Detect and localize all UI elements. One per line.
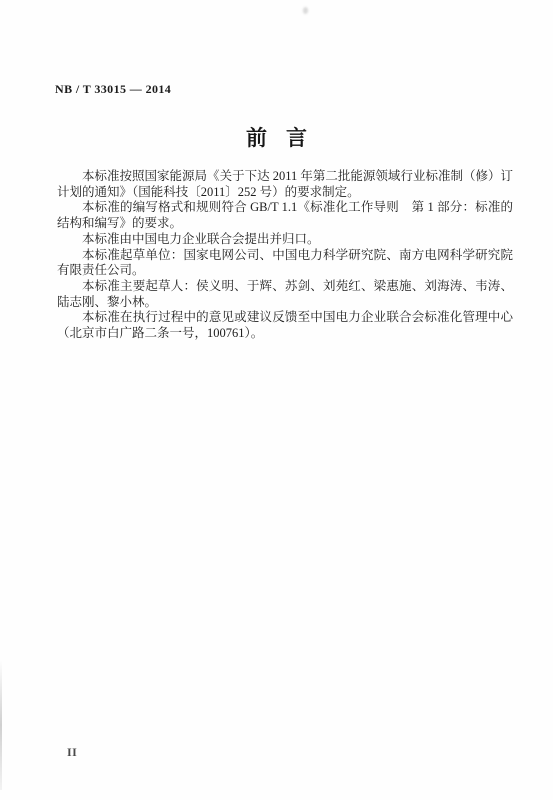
document-page: NB / T 33015 — 2014 前 言 本标准按照国家能源局《关于下达 … <box>0 0 553 800</box>
paragraph-proposed-by: 本标准由中国电力企业联合会提出并归口。 <box>57 232 513 248</box>
paragraph-format-rules: 本标准的编写格式和规则符合 GB/T 1.1《标准化工作导则 第 1 部分：标准… <box>57 200 513 231</box>
title-char-qian: 前 <box>246 128 267 149</box>
paragraph-basis: 本标准按照国家能源局《关于下达 2011 年第二批能源领域行业标准制（修）订计划… <box>57 169 513 200</box>
page-title: 前 言 <box>0 128 553 149</box>
paragraph-main-drafters: 本标准主要起草人：侯义明、于辉、苏剑、刘苑红、梁惠施、刘海涛、韦涛、陆志刚、黎小… <box>57 279 513 310</box>
paragraph-drafting-organizations: 本标准起草单位：国家电网公司、中国电力科学研究院、南方电网科学研究院有限责任公司… <box>57 248 513 279</box>
scan-artifact-edge-line <box>0 660 2 790</box>
foreword-body: 本标准按照国家能源局《关于下达 2011 年第二批能源领域行业标准制（修）订计划… <box>57 169 513 342</box>
standard-code-header: NB / T 33015 — 2014 <box>55 82 171 97</box>
paragraph-feedback-address: 本标准在执行过程中的意见或建议反馈至中国电力企业联合会标准化管理中心（北京市白广… <box>57 310 513 341</box>
page-number: II <box>67 745 77 760</box>
scan-artifact-speck <box>303 7 308 14</box>
title-char-yan: 言 <box>286 128 307 149</box>
